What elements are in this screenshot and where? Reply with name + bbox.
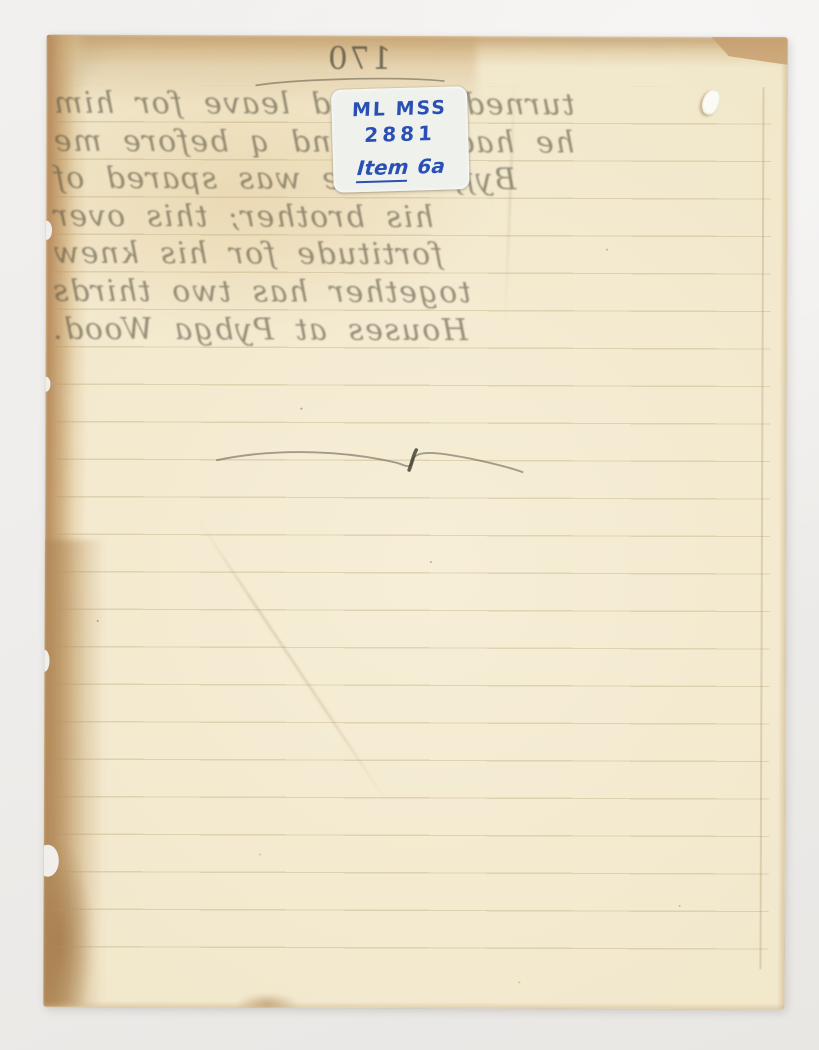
right-edge-shading	[777, 37, 787, 1009]
showthrough-line: his brother; this over	[52, 198, 728, 238]
archive-label-item-number: 6a	[417, 154, 446, 179]
showthrough-line: fortitude for his knew	[52, 235, 728, 275]
bottom-edge-shading	[43, 1001, 784, 1010]
scan-background: 170 turned too and leave for him he had …	[0, 0, 819, 1050]
manuscript-page: 170 turned too and leave for him he had …	[43, 35, 787, 1010]
archive-label-item: Item6a	[332, 153, 470, 181]
archive-label: ML MSS 2881 Item6a	[331, 86, 470, 193]
showthrough-line: together has two thirds	[52, 273, 728, 313]
archive-label-item-word: Item	[356, 155, 409, 184]
archive-label-collection: ML MSS	[331, 96, 468, 122]
foxing-specks	[47, 35, 49, 37]
archive-label-number: 2881	[332, 120, 469, 148]
page-number-showthrough: 170	[299, 41, 419, 77]
showthrough-line: Houses at Pybga Wood.	[52, 310, 728, 350]
pencil-squiggle	[211, 427, 529, 476]
